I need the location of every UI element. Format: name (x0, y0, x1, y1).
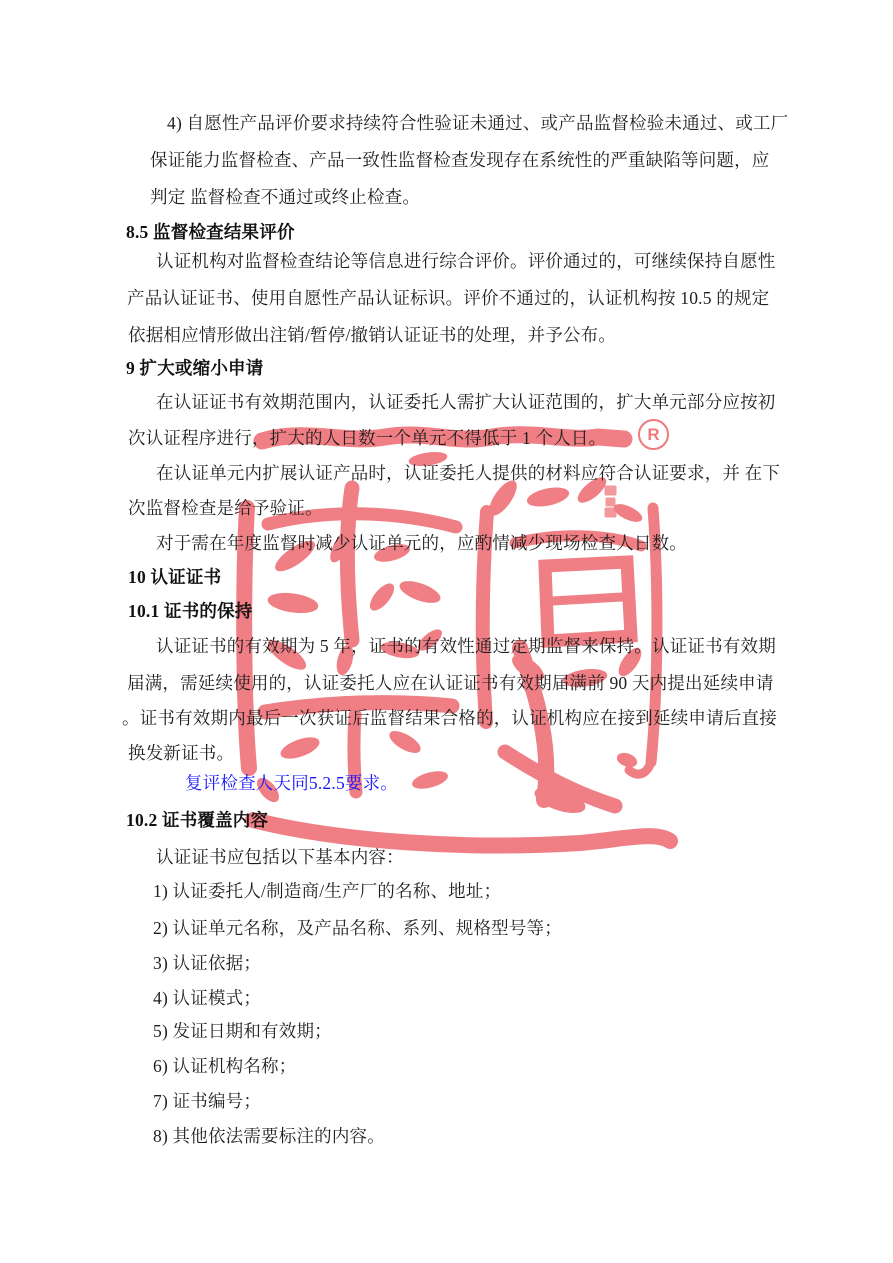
list-item-5: 5) 发证日期和有效期； (153, 1020, 332, 1042)
paragraph-line: 在认证单元内扩展认证产品时，认证委托人提供的材料应符合认证要求，并 在下 (156, 462, 780, 484)
paragraph-line-struck: 次认证程序进行，扩大的人日数一个单元不得低于 1 个人日。 (128, 427, 606, 449)
list-continuation-line: 保证能力监督检查、产品一致性监督检查发现存在系统性的严重缺陷等问题，应 (150, 149, 770, 171)
heading-10-2: 10.2 证书覆盖内容 (126, 809, 268, 831)
paragraph-line: 认证证书应包括以下基本内容： (156, 846, 404, 868)
heading-9: 9 扩大或缩小申请 (126, 357, 263, 379)
document-text: 4) 自愿性产品评价要求持续符合性验证未通过、或产品监督检验未通过、或工厂 保证… (0, 0, 893, 1263)
paragraph-line: 依据相应情形做出注销/暂停/撤销认证证书的处理，并予公布。 (128, 324, 616, 346)
paragraph-line: 认证证书的有效期为 5 年，证书的有效性通过定期监督来保持。认证证书有效期 (156, 635, 776, 657)
list-item-7: 7) 证书编号； (153, 1090, 261, 1112)
paragraph-line: 换发新证书。 (128, 742, 234, 764)
list-item-2: 2) 认证单元名称，及产品名称、系列、规格型号等； (153, 917, 562, 939)
heading-10-1: 10.1 证书的保持 (128, 600, 253, 622)
list-continuation-line: 4) 自愿性产品评价要求持续符合性验证未通过、或产品监督检验未通过、或工厂 (167, 112, 788, 134)
list-continuation-line: 判定 监督检查不通过或终止检查。 (150, 186, 420, 208)
heading-10: 10 认证证书 (128, 566, 221, 588)
blue-note-line: 复评检查人天同5.2.5要求。 (185, 772, 398, 794)
list-item-6: 6) 认证机构名称； (153, 1055, 296, 1077)
paragraph-line: 届满，需延续使用的，认证委托人应在认证证书有效期届满前 90 天内提出延续申请 (127, 672, 774, 694)
list-item-8: 8) 其他依法需要标注的内容。 (153, 1125, 385, 1147)
paragraph-line: 认证机构对监督检查结论等信息进行综合评价。评价通过的，可继续保持自愿性 (156, 250, 776, 272)
document-page: R 4) 自愿性产品评价要求持续符合性验证未通过、或产品监督检验未通过、或工厂 … (0, 0, 893, 1263)
paragraph-line: 产品认证证书、使用自愿性产品认证标识。评价不通过的，认证机构按 10.5 的规定 (127, 287, 769, 309)
paragraph-line: 在认证证书有效期范围内，认证委托人需扩大认证范围的，扩大单元部分应按初 (156, 391, 776, 413)
list-item-4: 4) 认证模式； (153, 987, 261, 1009)
paragraph-line: 。证书有效期内最后一次获证后监督结果合格的，认证机构应在接到延续申请后直接 (122, 707, 777, 729)
heading-8-5: 8.5 监督检查结果评价 (126, 221, 295, 243)
list-item-1: 1) 认证委托人/制造商/生产厂的名称、地址； (153, 880, 501, 902)
paragraph-line: 对于需在年度监督时减少认证单元的，应酌情减少现场检查人日数。 (156, 532, 687, 554)
list-item-3: 3) 认证依据； (153, 952, 261, 974)
paragraph-line: 次监督检查是给予验证。 (128, 497, 323, 519)
